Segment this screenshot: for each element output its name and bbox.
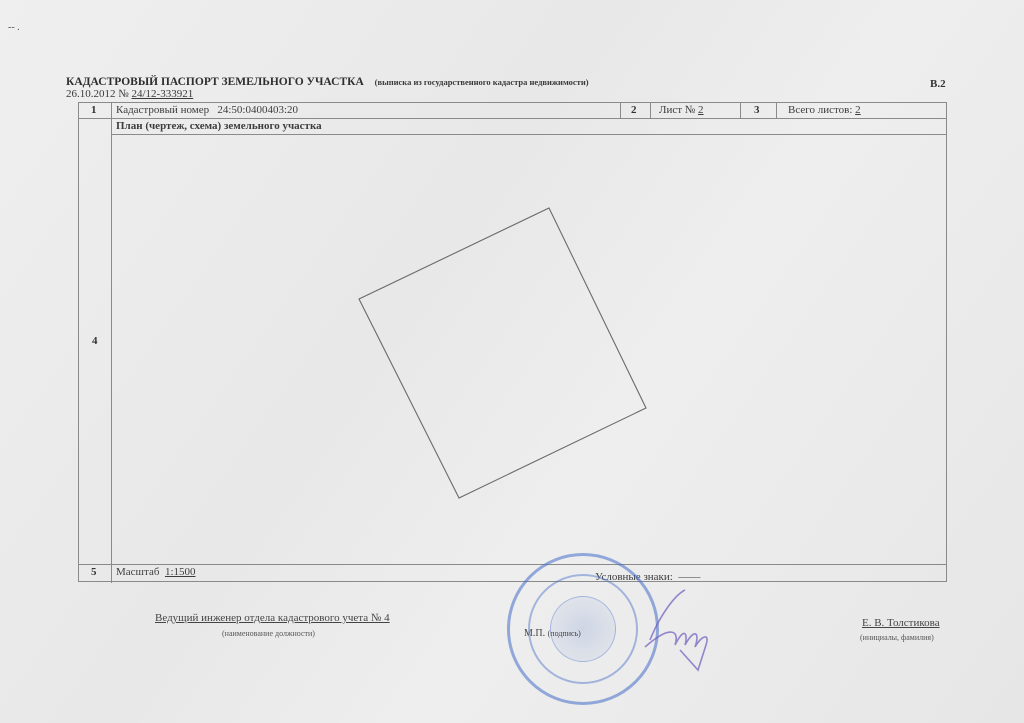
scale-value: 1:1500	[165, 566, 196, 578]
signature-scribble	[640, 585, 720, 675]
legend-line-symbol: ——	[678, 571, 700, 583]
document-number: 24/12-333921	[132, 88, 194, 100]
scale-field: Масштаб 1:1500	[116, 566, 196, 578]
form-code: В.2	[930, 78, 946, 90]
signer-position: Ведущий инженер отдела кадастрового учет…	[155, 612, 390, 624]
document-title: КАДАСТРОВЫЙ ПАСПОРТ ЗЕМЕЛЬНОГО УЧАСТКА (…	[66, 76, 589, 88]
signer-name: Е. В. Толстикова	[862, 617, 940, 629]
number-prefix: №	[118, 88, 129, 100]
document-date-number: 26.10.2012 № 24/12-333921	[66, 88, 193, 100]
plan-drawing-area	[79, 103, 948, 583]
parcel-outline	[79, 103, 948, 583]
title-text: КАДАСТРОВЫЙ ПАСПОРТ ЗЕМЕЛЬНОГО УЧАСТКА	[66, 76, 364, 88]
title-subtitle: (выписка из государственного кадастра не…	[375, 77, 589, 87]
stamp-label: М.П.	[524, 628, 545, 639]
signer-position-caption: (наименование должности)	[222, 629, 315, 638]
cadastral-table: 1 Кадастровый номер 24:50:0400403:20 2 Л…	[78, 102, 947, 582]
signature-caption: (подпись)	[548, 629, 581, 638]
signer-name-caption: (инициалы, фамилия)	[860, 633, 934, 642]
document-date: 26.10.2012	[66, 88, 116, 100]
stamp-signature-label: М.П. (подпись)	[524, 628, 581, 639]
scale-label: Масштаб	[116, 566, 159, 578]
margin-marks: -- .	[8, 22, 20, 33]
row-index-5: 5	[91, 566, 97, 578]
